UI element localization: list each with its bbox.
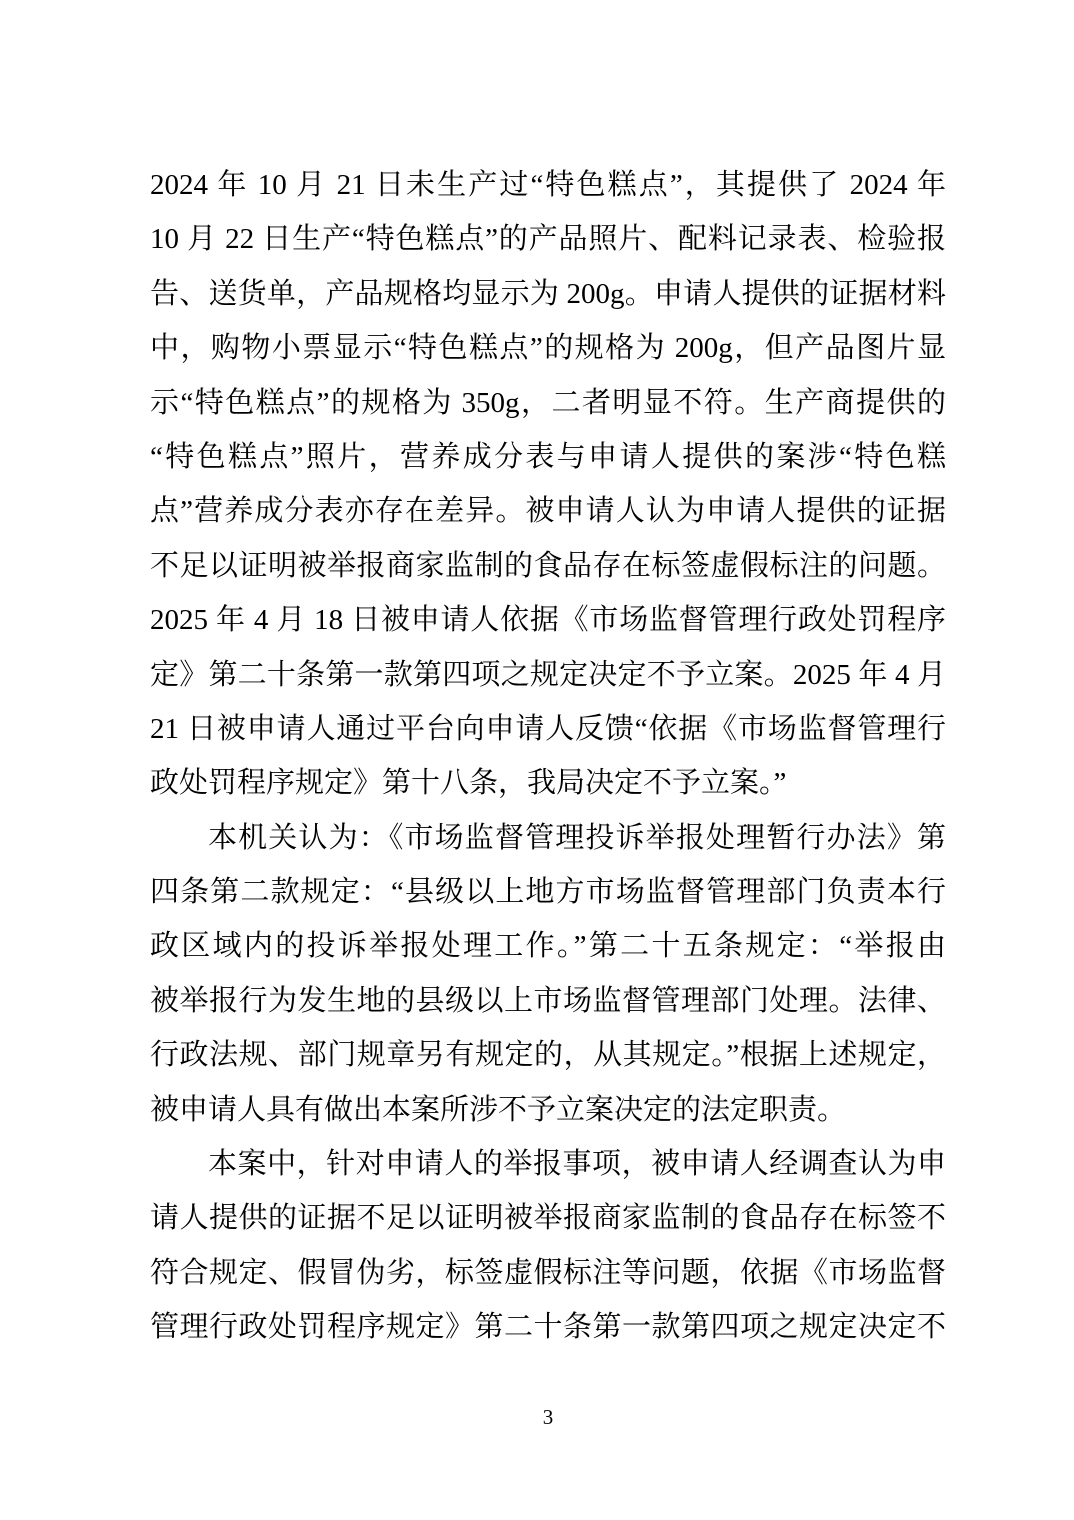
text-line: 本案中，针对申请人的举报事项，被申请人经调查认为申 — [150, 1137, 946, 1191]
text-line: 四条第二款规定：“县级以上地方市场监督管理部门负责本行 — [150, 865, 946, 919]
text-line: 告、送货单，产品规格均显示为 200g。申请人提供的证据材料 — [150, 267, 946, 321]
page-number: 3 — [150, 1402, 946, 1432]
text-line: “特色糕点”照片，营养成分表与申请人提供的案涉“特色糕 — [150, 430, 946, 484]
document-page: 2024 年 10 月 21 日未生产过“特色糕点”，其提供了 2024 年 1… — [0, 0, 1074, 1520]
text-line: 示“特色糕点”的规格为 350g，二者明显不符。生产商提供的 — [150, 376, 946, 430]
text-line: 本机关认为：《市场监督管理投诉举报处理暂行办法》第 — [150, 811, 946, 865]
text-line: 2024 年 10 月 21 日未生产过“特色糕点”，其提供了 2024 年 — [150, 158, 946, 212]
text-line: 被申请人具有做出本案所涉不予立案决定的法定职责。 — [150, 1083, 946, 1137]
text-line: 点”营养成分表亦存在差异。被申请人认为申请人提供的证据 — [150, 484, 946, 538]
text-line: 政区域内的投诉举报处理工作。”第二十五条规定：“举报由 — [150, 919, 946, 973]
text-line: 政处罚程序规定》第十八条，我局决定不予立案。” — [150, 756, 946, 810]
text-line: 不足以证明被举报商家监制的食品存在标签虚假标注的问题。 — [150, 539, 946, 593]
text-line: 请人提供的证据不足以证明被举报商家监制的食品存在标签不 — [150, 1191, 946, 1245]
document-text-block: 2024 年 10 月 21 日未生产过“特色糕点”，其提供了 2024 年 1… — [150, 158, 946, 1355]
text-line: 符合规定、假冒伪劣，标签虚假标注等问题，依据《市场监督 — [150, 1246, 946, 1300]
text-line: 定》第二十条第一款第四项之规定决定不予立案。2025 年 4 月 — [150, 648, 946, 702]
text-line: 2025 年 4 月 18 日被申请人依据《市场监督管理行政处罚程序规 — [150, 593, 946, 647]
text-line: 行政法规、部门规章另有规定的，从其规定。”根据上述规定， — [150, 1028, 946, 1082]
text-line: 10 月 22 日生产“特色糕点”的产品照片、配料记录表、检验报 — [150, 212, 946, 266]
text-line: 21 日被申请人通过平台向申请人反馈“依据《市场监督管理行 — [150, 702, 946, 756]
text-line: 管理行政处罚程序规定》第二十条第一款第四项之规定决定不 — [150, 1300, 946, 1354]
text-line: 被举报行为发生地的县级以上市场监督管理部门处理。法律、 — [150, 974, 946, 1028]
text-line: 中，购物小票显示“特色糕点”的规格为 200g，但产品图片显 — [150, 321, 946, 375]
